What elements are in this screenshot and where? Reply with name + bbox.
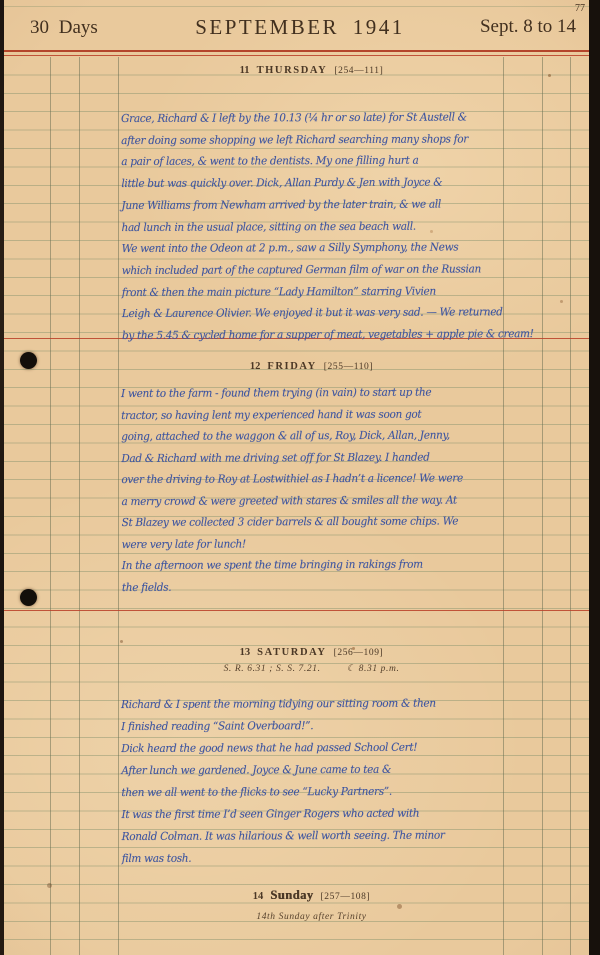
diary-line: tractor, so having lent my experienced h… [121, 403, 501, 426]
diary-line: going, attached to the waggon & all of u… [121, 424, 501, 447]
scan-edge-right [589, 0, 600, 955]
diary-line: the fields. [122, 575, 502, 598]
diary-line: Dick heard the good news that he had pas… [121, 736, 501, 760]
diary-line: Richard & I spent the morning tidying ou… [121, 692, 501, 716]
diary-line: were very late for lunch! [122, 532, 502, 555]
day-code: [256—109] [334, 648, 384, 658]
diary-line: I went to the farm - found them trying (… [121, 381, 501, 404]
header-red-line [0, 50, 589, 52]
page-number: 77 [575, 3, 585, 14]
moon-time: 8.31 p.m. [359, 664, 400, 674]
day-number: 14 [253, 891, 264, 902]
day-header-friday: 12FRIDAY[255—110] [118, 356, 505, 374]
diary-line: Grace, Richard & I left by the 10.13 (¼ … [121, 106, 501, 129]
ink-specks [548, 74, 551, 77]
column-line [503, 57, 504, 955]
column-line [542, 57, 543, 955]
top-rule-line [0, 6, 600, 7]
sun-moon-times: S. R. 6.31 ; S. S. 7.21.☾ 8.31 p.m. [118, 663, 505, 674]
diary-page: 30 Days SEPTEMBER 1941 Sept. 8 to 14 77 … [0, 0, 600, 955]
moon-icon: ☾ [347, 664, 356, 674]
day-name: SATURDAY [257, 647, 326, 658]
diary-entry-friday: I went to the farm - found them trying (… [121, 381, 502, 598]
punch-hole [20, 589, 37, 606]
diary-line: over the driving to Roy at Lostwithiel a… [121, 467, 501, 490]
column-line [570, 57, 571, 955]
day-header-thursday: 11THURSDAY[254—111] [118, 60, 505, 78]
diary-line: little but was quickly over. Dick, Allan… [121, 171, 501, 194]
diary-line: We went into the Odeon at 2 p.m., saw a … [122, 236, 502, 259]
diary-line: Dad & Richard with me driving set off fo… [121, 446, 501, 469]
diary-line: Leigh & Laurence Olivier. We enjoyed it … [122, 302, 502, 325]
diary-line: a pair of laces, & went to the dentists.… [121, 150, 501, 173]
day-name: FRIDAY [267, 361, 316, 372]
day-number: 11 [240, 65, 250, 76]
diary-line: June Williams from Newham arrived by the… [121, 193, 501, 216]
diary-line: In the afternoon we spent the time bring… [122, 553, 502, 576]
diary-entry-saturday: Richard & I spent the morning tidying ou… [121, 692, 502, 870]
column-line [118, 57, 119, 955]
diary-line: I finished reading “Saint Overboard!”. [121, 714, 501, 738]
diary-line: which included part of the captured Germ… [122, 258, 502, 281]
day-code: [254—111] [334, 66, 383, 76]
day-header-saturday: 13SATURDAY[256—109] [118, 642, 505, 660]
day-code: [255—110] [324, 362, 373, 372]
diary-line: had lunch in the usual place, sitting on… [121, 215, 501, 238]
diary-line: It was the first time I’d seen Ginger Ro… [121, 802, 501, 826]
diary-line: then we all went to the flicks to see “L… [121, 780, 501, 804]
diary-line: St Blazey we collected 3 cider barrels &… [122, 510, 502, 533]
diary-line: film was tosh. [122, 846, 502, 870]
header-red-line [0, 55, 589, 56]
diary-line: Ronald Colman. It was hilarious & well w… [122, 824, 502, 848]
day-code: [257—108] [321, 892, 371, 902]
day-name: THURSDAY [257, 65, 328, 76]
day-number: 13 [240, 647, 251, 658]
date-range: Sept. 8 to 14 [480, 16, 576, 38]
section-red-line [0, 610, 589, 611]
column-line [50, 57, 51, 955]
diary-entry-thursday: Grace, Richard & I left by the 10.13 (¼ … [121, 106, 502, 346]
diary-line: front & then the main picture “Lady Hami… [122, 280, 502, 303]
diary-line: by the 5.45 & cycled home for a supper o… [122, 323, 502, 346]
sunday-subtitle: 14th Sunday after Trinity [118, 912, 505, 922]
punch-hole [20, 352, 37, 369]
diary-line: After lunch we gardened. Joyce & June ca… [121, 758, 501, 782]
column-line [79, 57, 80, 955]
sun-times: S. R. 6.31 ; S. S. 7.21. [224, 664, 321, 674]
day-number: 12 [250, 361, 261, 372]
scan-edge-left [0, 0, 4, 955]
diary-line: after doing some shopping we left Richar… [121, 128, 501, 151]
day-name: Sunday [270, 888, 313, 902]
diary-line: a merry crowd & were greeted with stares… [121, 489, 501, 512]
day-header-sunday: 14Sunday[257—108] [118, 886, 505, 904]
